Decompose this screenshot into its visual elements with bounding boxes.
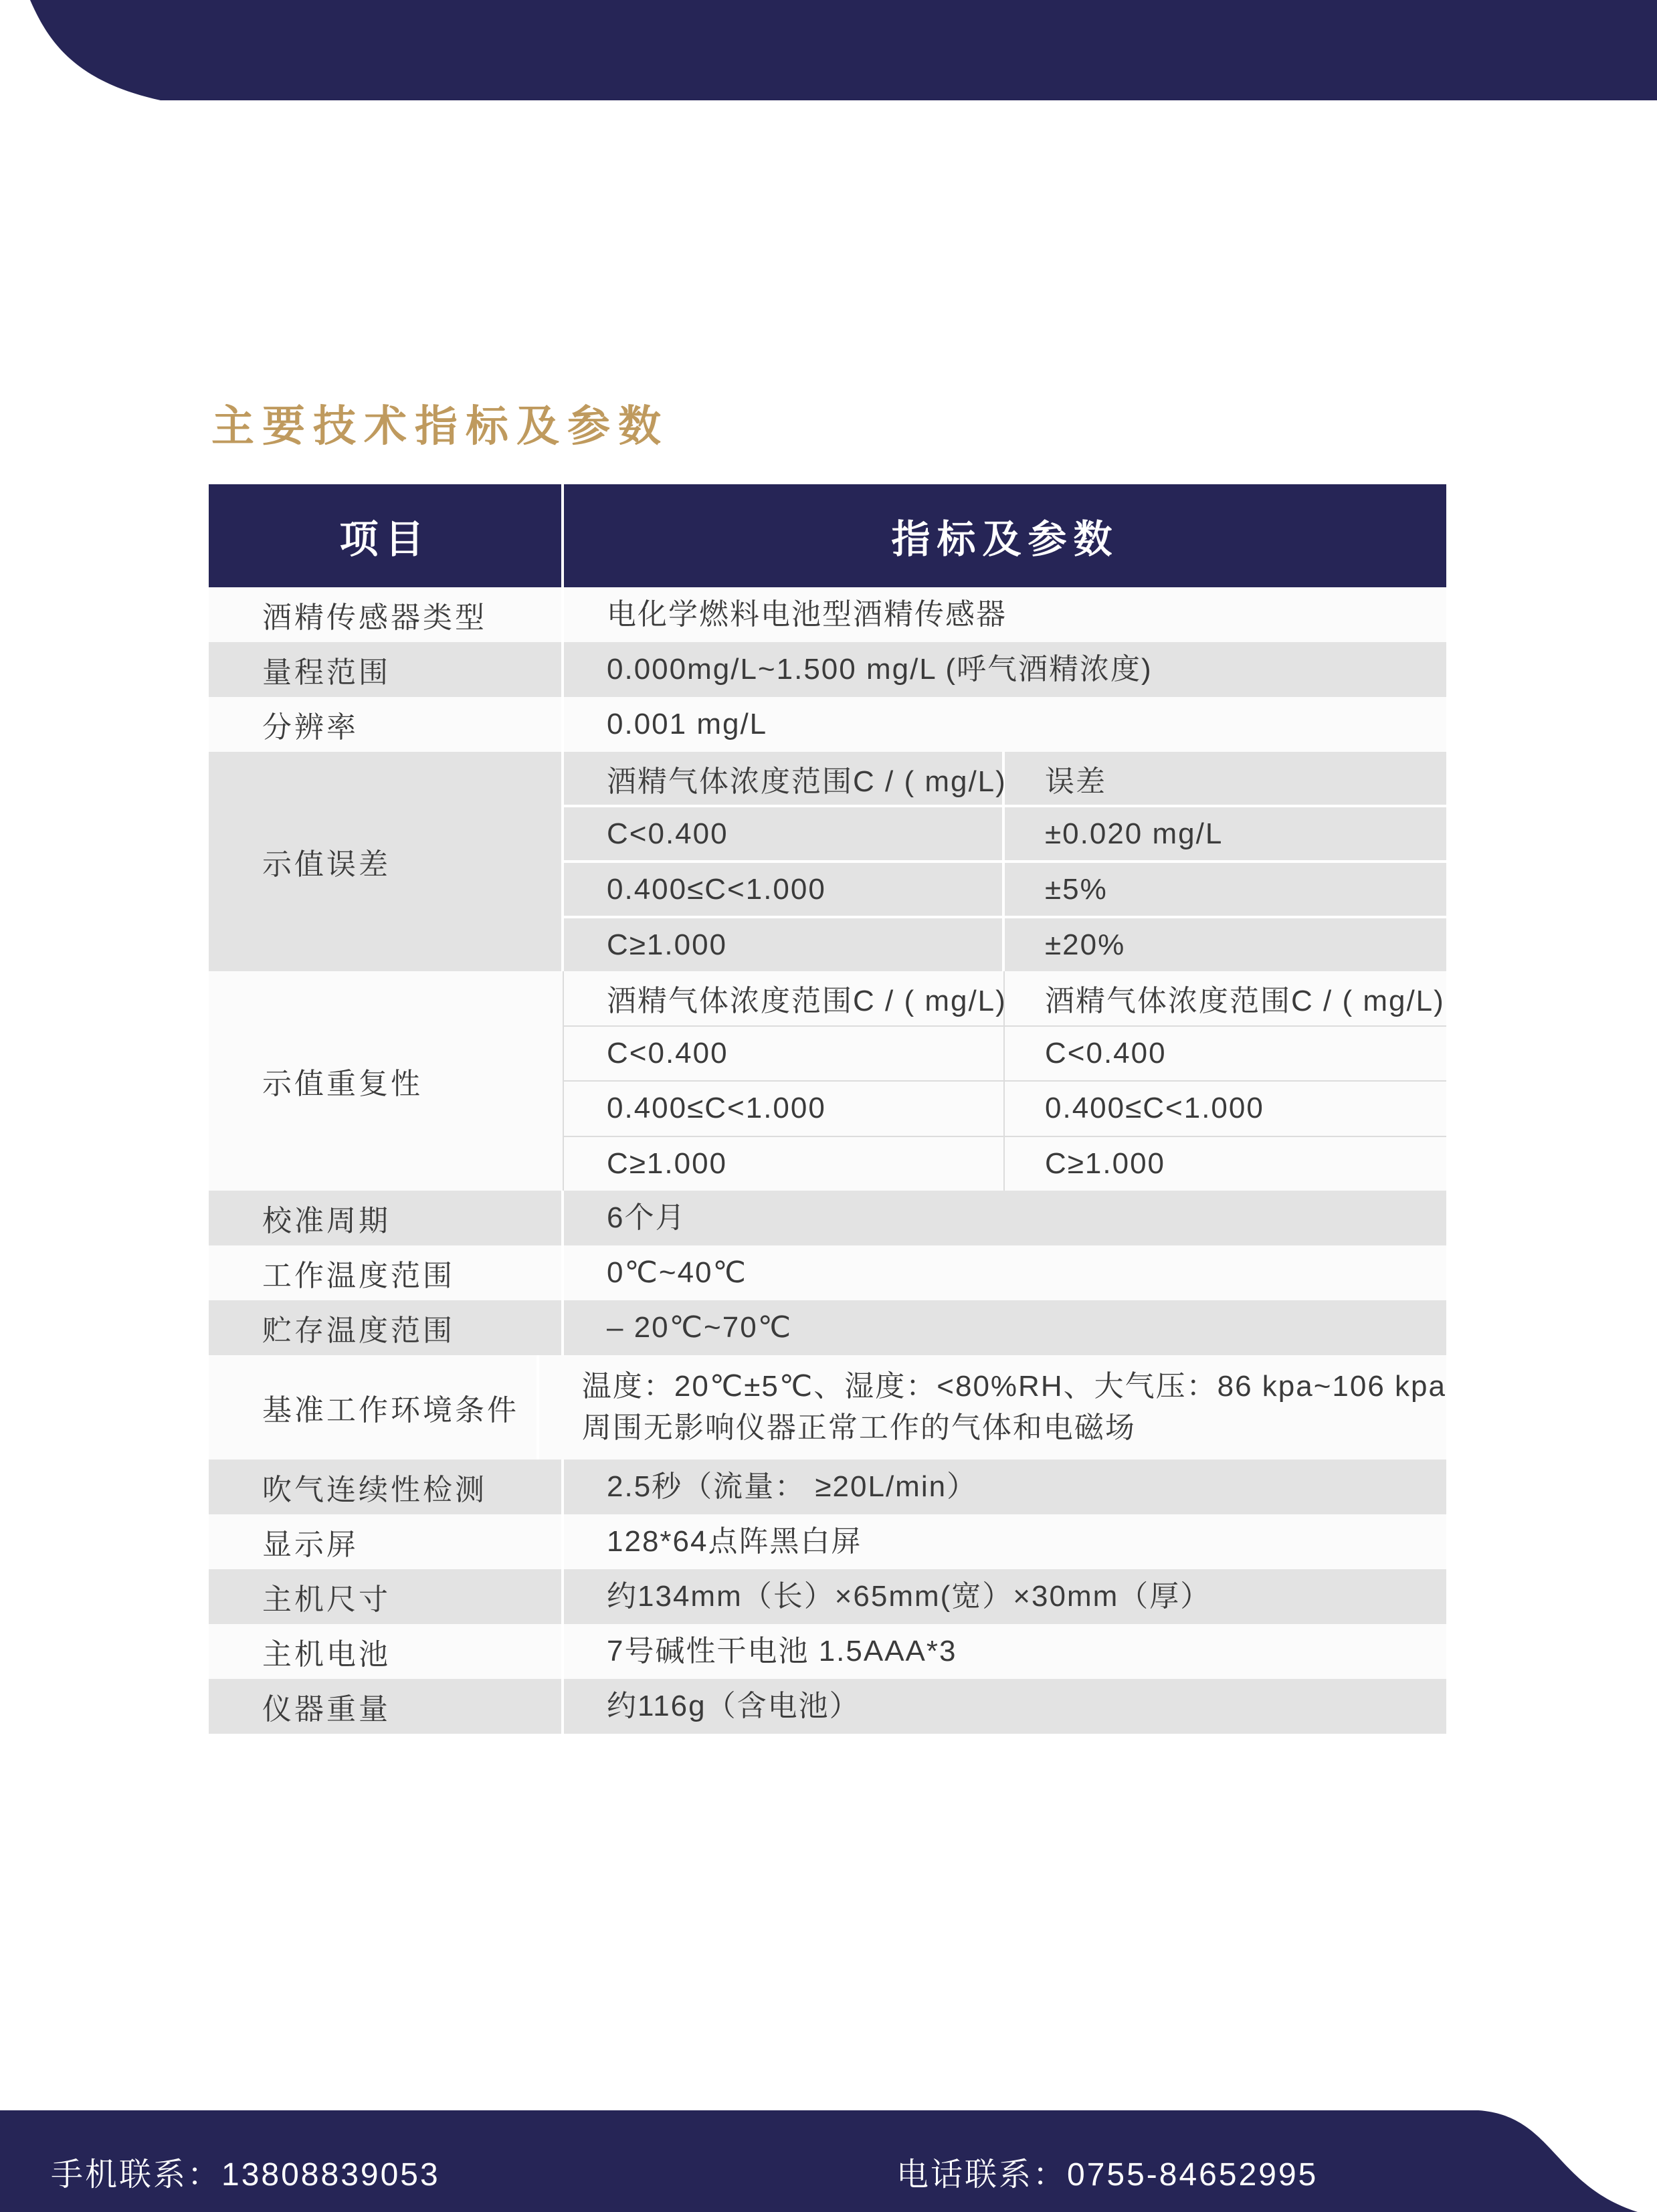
row-label: 示值误差	[209, 752, 564, 971]
sub-row-value: ±5%	[1005, 863, 1446, 916]
sub-row-range: C<0.400	[564, 807, 1005, 860]
sub-row-range: 0.400≤C<1.000	[564, 863, 1005, 916]
sub-row: C<0.400C<0.400	[564, 1027, 1446, 1082]
sub-row-range: C≥1.000	[564, 1137, 1005, 1191]
row-value: – 20℃~70℃	[564, 1300, 1446, 1355]
spec-row: 仪器重量约116g（含电池）	[209, 1679, 1446, 1734]
row-value: 6个月	[564, 1191, 1446, 1245]
top-banner-shape	[0, 0, 1657, 100]
row-value: 约134mm（长）×65mm(宽）×30mm（厚）	[564, 1569, 1446, 1624]
footer-phone-contact: 电话联系：0755-84652995	[896, 2148, 1318, 2195]
row-label: 示值重复性	[209, 971, 564, 1191]
sub-row-value: ±20%	[1005, 918, 1446, 971]
table-header-item-column: 项目	[209, 484, 564, 587]
spec-row: 示值误差酒精气体浓度范围C / ( mg/L)误差C<0.400±0.020 m…	[209, 752, 1446, 971]
sub-row-value: 0.400≤C<1.000	[1005, 1082, 1446, 1136]
sub-row-value: C≥1.000	[1005, 1137, 1446, 1191]
row-label: 贮存温度范围	[209, 1300, 564, 1355]
spec-row: 校准周期6个月	[209, 1191, 1446, 1245]
sub-row-range: C≥1.000	[564, 918, 1005, 971]
row-value-line: 7号碱性干电池 1.5AAA*3	[607, 1631, 1446, 1672]
spec-row: 主机电池7号碱性干电池 1.5AAA*3	[209, 1624, 1446, 1679]
row-value-line: – 20℃~70℃	[607, 1307, 1446, 1348]
row-label: 酒精传感器类型	[209, 587, 564, 642]
row-subtable: 酒精气体浓度范围C / ( mg/L)酒精气体浓度范围C / ( mg/L)C<…	[564, 971, 1446, 1191]
sub-row-value: C<0.400	[1005, 1027, 1446, 1081]
row-value-line: 0℃~40℃	[607, 1252, 1446, 1294]
row-label: 显示屏	[209, 1514, 564, 1569]
sub-row-range: 0.400≤C<1.000	[564, 1082, 1005, 1136]
spec-row: 示值重复性酒精气体浓度范围C / ( mg/L)酒精气体浓度范围C / ( mg…	[209, 971, 1446, 1191]
spec-row: 分辨率0.001 mg/L	[209, 697, 1446, 752]
sub-row-range: C<0.400	[564, 1027, 1005, 1081]
sub-row: C≥1.000C≥1.000	[564, 1137, 1446, 1191]
sub-row: 酒精气体浓度范围C / ( mg/L)酒精气体浓度范围C / ( mg/L)	[564, 971, 1446, 1027]
row-value-line: 2.5秒（流量： ≥20L/min）	[607, 1466, 1446, 1508]
mobile-contact-label: 手机联系：	[51, 2157, 221, 2193]
sub-row-value: 误差	[1005, 752, 1446, 805]
row-label: 仪器重量	[209, 1679, 564, 1734]
spec-row: 基准工作环境条件温度：20℃±5℃、湿度：<80%RH、大气压：86 kpa~1…	[209, 1355, 1446, 1460]
mobile-contact-number: 13808839053	[221, 2157, 440, 2193]
table-header-spec-column: 指标及参数	[564, 484, 1446, 587]
row-value-line: 6个月	[607, 1197, 1446, 1239]
row-label: 分辨率	[209, 697, 564, 752]
table-header: 项目 指标及参数	[209, 484, 1446, 587]
row-value-line: 0.000mg/L~1.500 mg/L (呼气酒精浓度)	[607, 649, 1446, 690]
sub-row: 0.400≤C<1.000±5%	[564, 863, 1446, 918]
sub-row-range: 酒精气体浓度范围C / ( mg/L)	[564, 752, 1005, 805]
row-label: 量程范围	[209, 642, 564, 697]
row-value: 128*64点阵黑白屏	[564, 1514, 1446, 1569]
sub-row: C<0.400±0.020 mg/L	[564, 807, 1446, 863]
spec-row: 量程范围0.000mg/L~1.500 mg/L (呼气酒精浓度)	[209, 642, 1446, 697]
row-label: 吹气连续性检测	[209, 1460, 564, 1514]
page-title: 主要技术指标及参数	[211, 392, 669, 454]
spec-table: 项目 指标及参数 酒精传感器类型电化学燃料电池型酒精传感器量程范围0.000mg…	[209, 484, 1446, 1734]
phone-contact-number: 0755-84652995	[1067, 2157, 1318, 2193]
top-banner	[0, 0, 1657, 100]
sub-row: C≥1.000±20%	[564, 918, 1446, 971]
row-value-line: 128*64点阵黑白屏	[607, 1521, 1446, 1563]
row-label: 基准工作环境条件	[209, 1355, 539, 1460]
row-value-line: 约134mm（长）×65mm(宽）×30mm（厚）	[607, 1576, 1446, 1617]
spec-row: 主机尺寸约134mm（长）×65mm(宽）×30mm（厚）	[209, 1569, 1446, 1624]
row-label: 校准周期	[209, 1191, 564, 1245]
spec-row: 显示屏128*64点阵黑白屏	[209, 1514, 1446, 1569]
row-subtable: 酒精气体浓度范围C / ( mg/L)误差C<0.400±0.020 mg/L0…	[564, 752, 1446, 971]
row-value: 0.000mg/L~1.500 mg/L (呼气酒精浓度)	[564, 642, 1446, 697]
spec-row: 吹气连续性检测2.5秒（流量： ≥20L/min）	[209, 1460, 1446, 1514]
sub-row-value: ±0.020 mg/L	[1005, 807, 1446, 860]
sub-row-value: 酒精气体浓度范围C / ( mg/L)	[1005, 971, 1446, 1025]
spec-row: 酒精传感器类型电化学燃料电池型酒精传感器	[209, 587, 1446, 642]
row-value: 7号碱性干电池 1.5AAA*3	[564, 1624, 1446, 1679]
spec-row: 贮存温度范围– 20℃~70℃	[209, 1300, 1446, 1355]
footer-mobile-contact: 手机联系：13808839053	[51, 2148, 440, 2195]
row-value-line: 电化学燃料电池型酒精传感器	[607, 594, 1446, 635]
row-value: 约116g（含电池）	[564, 1679, 1446, 1734]
row-value: 0.001 mg/L	[564, 697, 1446, 752]
spec-row: 工作温度范围0℃~40℃	[209, 1245, 1446, 1300]
sub-row-range: 酒精气体浓度范围C / ( mg/L)	[564, 971, 1005, 1025]
row-label: 主机电池	[209, 1624, 564, 1679]
sub-row: 酒精气体浓度范围C / ( mg/L)误差	[564, 752, 1446, 807]
row-label: 主机尺寸	[209, 1569, 564, 1624]
sub-row: 0.400≤C<1.0000.400≤C<1.000	[564, 1082, 1446, 1137]
row-label: 工作温度范围	[209, 1245, 564, 1300]
table-body: 酒精传感器类型电化学燃料电池型酒精传感器量程范围0.000mg/L~1.500 …	[209, 587, 1446, 1734]
row-value-line: 约116g（含电池）	[607, 1686, 1446, 1727]
row-value: 2.5秒（流量： ≥20L/min）	[564, 1460, 1446, 1514]
row-value: 电化学燃料电池型酒精传感器	[564, 587, 1446, 642]
row-value: 温度：20℃±5℃、湿度：<80%RH、大气压：86 kpa~106 kpa周围…	[539, 1355, 1446, 1460]
row-value-line: 温度：20℃±5℃、湿度：<80%RH、大气压：86 kpa~106 kpa	[582, 1366, 1446, 1407]
row-value-line: 周围无影响仪器正常工作的气体和电磁场	[582, 1407, 1446, 1449]
row-value: 0℃~40℃	[564, 1245, 1446, 1300]
row-value-line: 0.001 mg/L	[607, 704, 1446, 745]
phone-contact-label: 电话联系：	[896, 2157, 1067, 2193]
